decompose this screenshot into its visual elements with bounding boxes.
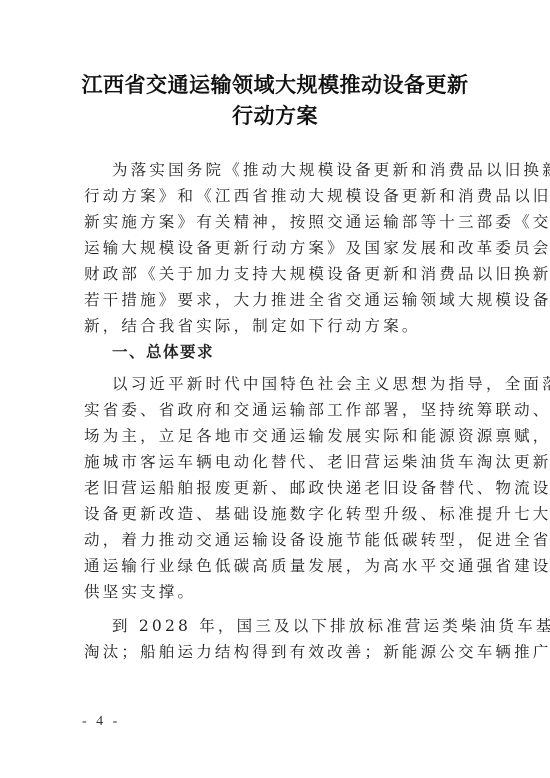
- paragraph-1-line: 运输大规模设备更新行动方案》及国家发展和改革委员会、: [84, 238, 446, 258]
- section-heading: 一、总体要求: [112, 342, 214, 362]
- paragraph-3-line: 到 2028 年，国三及以下排放标准营运类柴油货车基本: [112, 616, 474, 636]
- paragraph-2-line: 实省委、省政府和交通运输部工作部署，坚持统筹联动、市: [84, 400, 446, 420]
- paragraph-1-line: 新实施方案》有关精神，按照交通运输部等十三部委《交通: [84, 212, 446, 232]
- paragraph-3-line: 淘汰；船舶运力结构得到有效改善；新能源公交车辆推广应: [84, 642, 446, 662]
- paragraph-2-line: 设备更新改造、基础设施数字化转型升级、标准提升七大行: [84, 504, 446, 524]
- paragraph-1-line: 新，结合我省实际，制定如下行动方案。: [84, 316, 446, 336]
- paragraph-1-line: 为落实国务院《推动大规模设备更新和消费品以旧换新: [112, 160, 474, 180]
- document-page: 江西省交通运输领域大规模推动设备更新 行动方案 为落实国务院《推动大规模设备更新…: [0, 0, 550, 778]
- paragraph-2-line: 以习近平新时代中国特色社会主义思想为指导，全面落: [112, 374, 474, 394]
- paragraph-2-line: 场为主，立足各地市交通运输发展实际和能源资源禀赋，实: [84, 426, 446, 446]
- paragraph-2-line: 动，着力推动交通运输设备设施节能低碳转型，促进全省交: [84, 530, 446, 550]
- page-number: - 4 -: [82, 714, 120, 730]
- paragraph-1-line: 若干措施》要求，大力推进全省交通运输领域大规模设备更: [84, 290, 446, 310]
- paragraph-2-line: 供坚实支撑。: [84, 582, 446, 602]
- paragraph-2-line: 通运输行业绿色低碳高质量发展，为高水平交通强省建设提: [84, 556, 446, 576]
- document-title-line-2: 行动方案: [0, 100, 550, 130]
- document-title-line-1: 江西省交通运输领域大规模推动设备更新: [0, 69, 550, 99]
- paragraph-2-line: 施城市客运车辆电动化替代、老旧营运柴油货车淘汰更新、: [84, 452, 446, 472]
- paragraph-1-line: 行动方案》和《江西省推动大规模设备更新和消费品以旧换: [84, 186, 446, 206]
- paragraph-1-line: 财政部《关于加力支持大规模设备更新和消费品以旧换新的: [84, 264, 446, 284]
- paragraph-2-line: 老旧营运船舶报废更新、邮政快递老旧设备替代、物流设施: [84, 478, 446, 498]
